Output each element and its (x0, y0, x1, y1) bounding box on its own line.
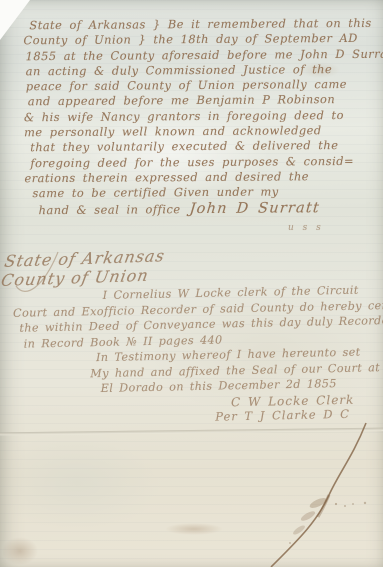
seal-marks: u s s (288, 223, 324, 233)
closing-and-signature-line: hand & seal in office John D Surratt (25, 199, 378, 217)
justice-signature: John D Surratt (189, 200, 321, 217)
acknowledgment-block: State of Arkansas } Be it remembered tha… (23, 16, 377, 217)
closing-words: hand & seal in office (39, 202, 181, 217)
certification-block: I Cornelius W Locke clerk of the Circuit… (11, 283, 383, 427)
certification-heading: State of Arkansas County of Union (0, 246, 167, 290)
scanned-deed-page: State of Arkansas } Be it remembered tha… (0, 0, 383, 567)
